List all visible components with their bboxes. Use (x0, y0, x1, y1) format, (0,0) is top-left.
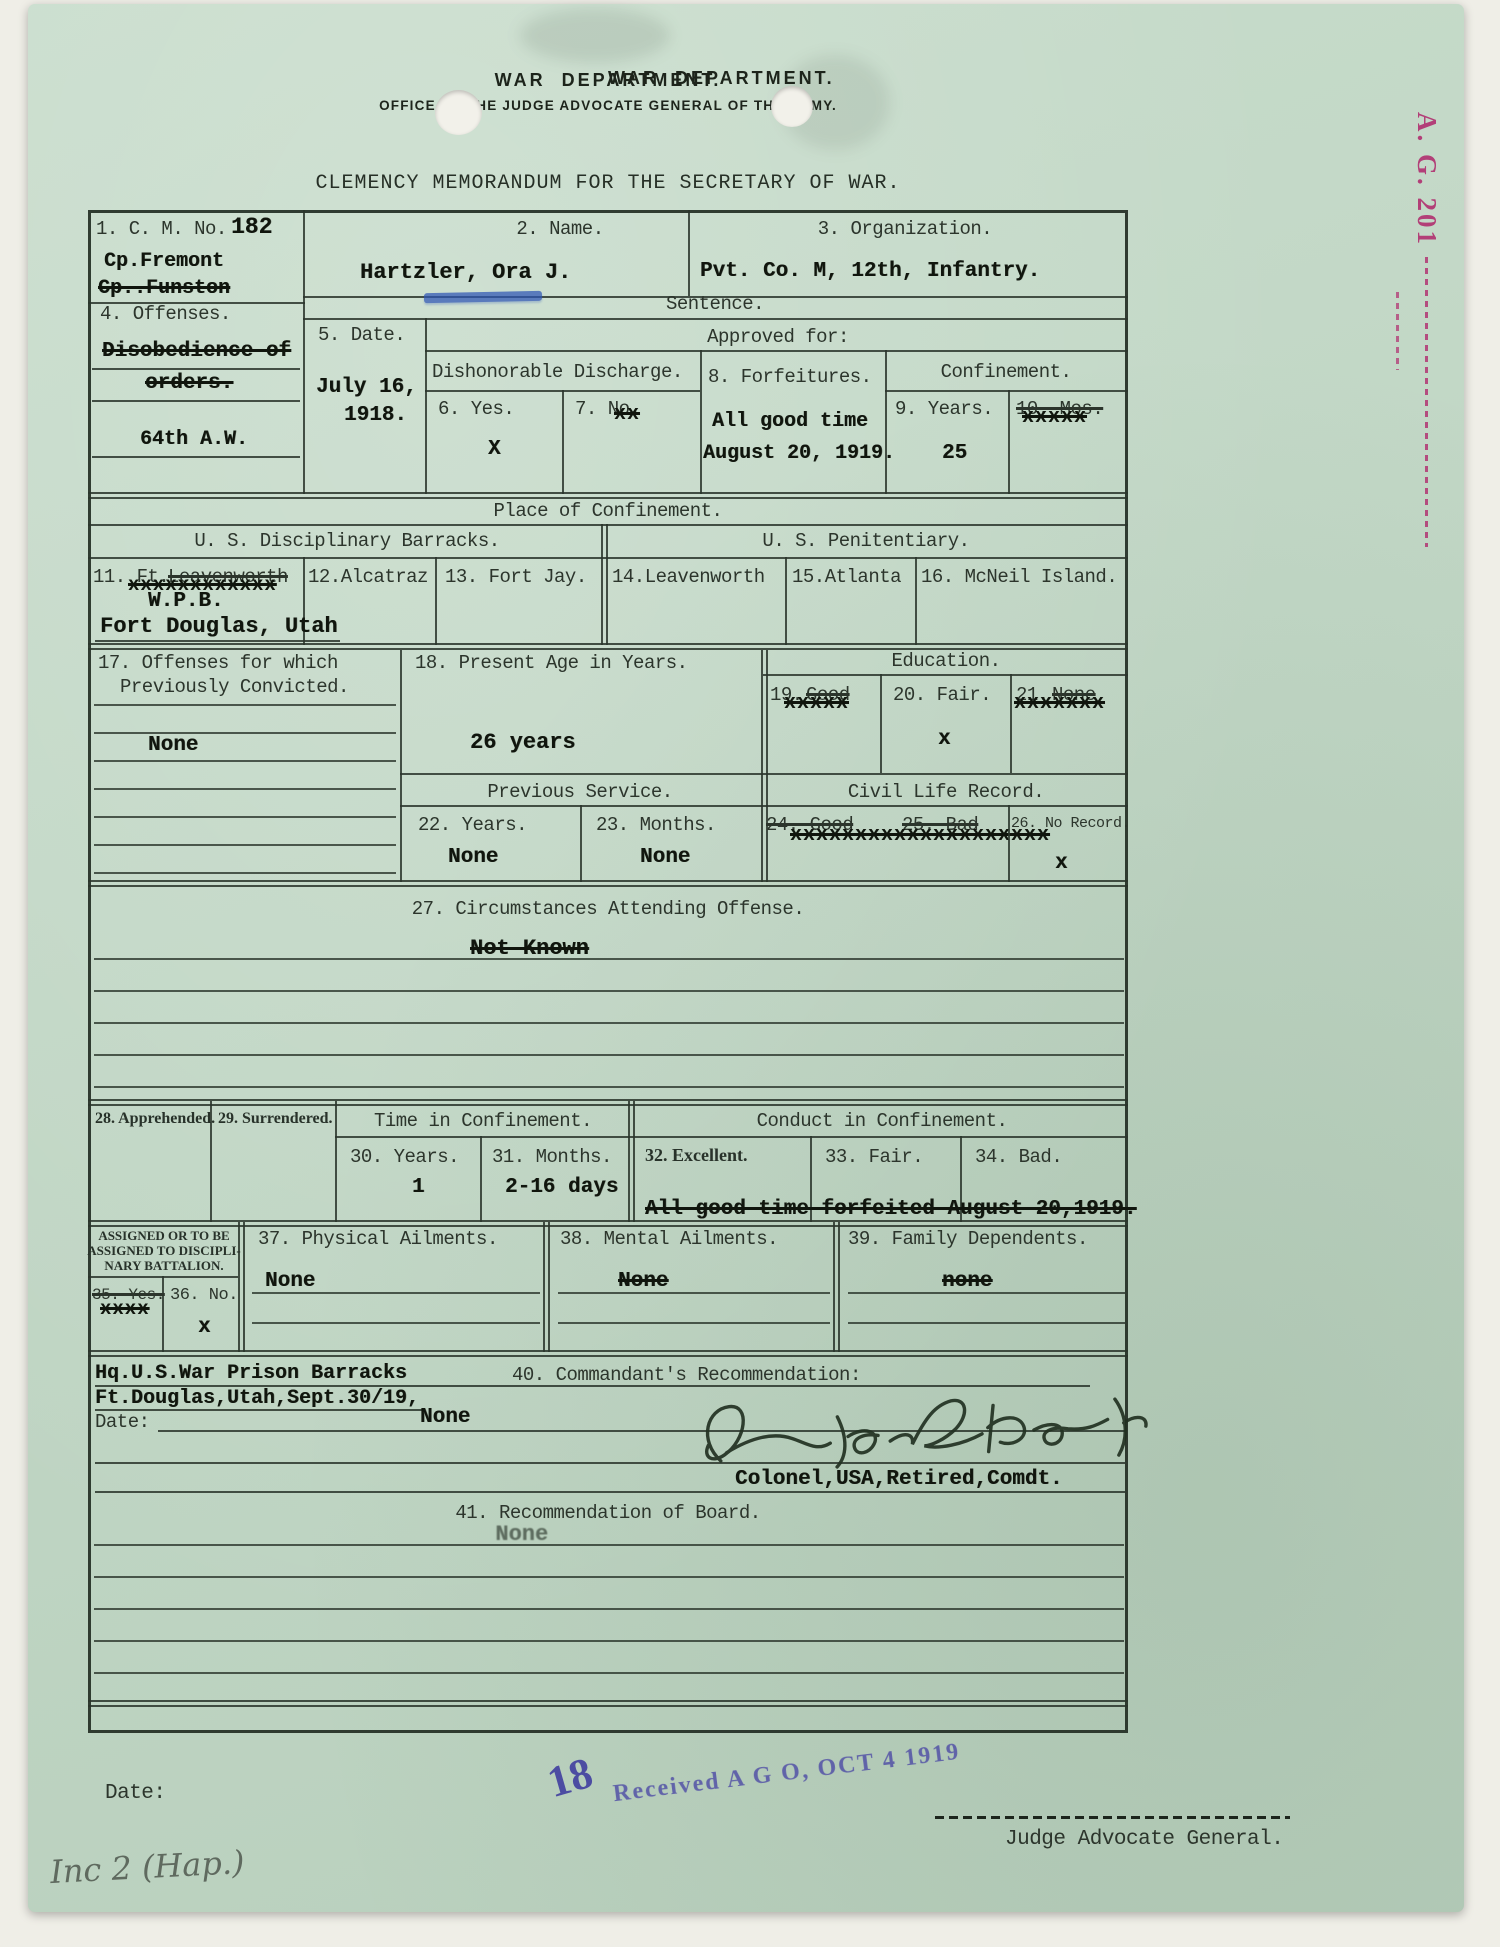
signature-dashed-line (935, 1816, 1290, 1819)
red-dash-mark (1396, 292, 1399, 370)
forfeit-note: All good time forfeited August 20,1919. (645, 1198, 1136, 1221)
dishonorable-discharge-label: Dishonorable Discharge. (432, 361, 683, 383)
punch-hole (771, 86, 813, 127)
red-dashed-line (1426, 257, 1429, 547)
previous-service-header: Previous Service. (487, 781, 672, 803)
organization-value: Pvt. Co. M, 12th, Infantry. (700, 260, 1040, 283)
war-department-header: WAR DEPARTMENT. (495, 70, 722, 91)
date-label: 5. Date. (318, 324, 405, 346)
prev-convicted-label-2: Previously Convicted. (120, 676, 349, 698)
yes-label: 6. Yes. (438, 398, 514, 420)
offenses-line2: orders. (145, 372, 233, 395)
board-recommendation-label: 41. Recommendation of Board. (455, 1502, 760, 1524)
civil-life-header: Civil Life Record. (848, 781, 1044, 803)
smudge (520, 8, 670, 63)
forfeitures-label: 8. Forfeitures. (708, 366, 872, 388)
camp-line-struck: Cp..Funston (98, 277, 230, 300)
family-dependents-value: none (942, 1270, 992, 1293)
penitentiary-header: U. S. Penitentiary. (762, 530, 969, 552)
place-title: Place of Confinement. (494, 500, 723, 522)
assigned-line-3: NARY BATTALION. (104, 1258, 223, 1274)
mental-ailments-label: 38. Mental Ailments. (560, 1228, 778, 1250)
name-value: Hartzler, Ora J. (360, 260, 571, 285)
file-number-text: A. G. 201 (1412, 112, 1443, 247)
assigned-no-value: x (198, 1316, 211, 1339)
edu-none-x-overlay: xxxxxxx (1014, 692, 1105, 715)
assigned-line-1: ASSIGNED OR TO BE (98, 1228, 229, 1244)
edu-good-x-overlay: xxxxx (784, 692, 849, 715)
commandant-value: None (420, 1406, 470, 1429)
offenses-line1: Disobedience of (102, 340, 291, 363)
years-value: 25 (942, 442, 967, 465)
conf-years-value: 1 (412, 1176, 425, 1199)
memo-title: CLEMENCY MEMORANDUM FOR THE SECRETARY OF… (315, 172, 900, 195)
conduct-fair-label: 33. Fair. (825, 1146, 923, 1168)
cm-no-label: 1. C. M. No. (96, 218, 227, 240)
present-age-label: 18. Present Age in Years. (415, 652, 688, 674)
mental-ailments-value: None (618, 1270, 668, 1293)
education-header: Education. (891, 650, 1000, 672)
no-record-label: 26. No Record. (1011, 815, 1130, 832)
organization-label: 3. Organization. (818, 218, 992, 240)
yes-value: X (488, 438, 501, 461)
approved-for-label: Approved for: (707, 326, 849, 348)
fort-douglas-value: Fort Douglas, Utah (100, 614, 338, 639)
assigned-yes-x: xxxx (100, 1298, 150, 1320)
commandant-date-label: Date: (95, 1411, 150, 1433)
service-years-value: None (448, 846, 498, 869)
time-in-confinement-header: Time in Confinement. (374, 1110, 592, 1132)
sentence-title: Sentence. (666, 293, 764, 315)
forfeitures-value-2: August 20, 1919. (703, 442, 895, 465)
surrendered-label: 29. Surrendered. (218, 1110, 333, 1128)
signature-title: Colonel,USA,Retired,Comdt. (735, 1468, 1063, 1491)
no-x-overlay: xx (614, 403, 640, 426)
cell12-alcatraz: 12.Alcatraz (308, 566, 428, 588)
wpb-value: W.P.B. (148, 590, 224, 613)
service-years-label: 22. Years. (418, 814, 527, 836)
years-label: 9. Years. (895, 398, 993, 420)
present-age-value: 26 years (470, 730, 576, 755)
cell14-leavenworth: 14.Leavenworth (612, 566, 765, 588)
forfeitures-value-1: All good time (712, 410, 868, 433)
conduct-bad-label: 34. Bad. (975, 1146, 1062, 1168)
offenses-line3: 64th A.W. (140, 428, 248, 451)
offenses-label: 4. Offenses. (100, 303, 231, 325)
assigned-no-label: 36. No. (170, 1286, 238, 1305)
conduct-header: Conduct in Confinement. (757, 1110, 1008, 1132)
cm-no-value: 182 (231, 214, 272, 240)
months-x-overlay: xxxxx (1022, 406, 1087, 429)
punch-hole (435, 90, 482, 135)
hq-line-2: Ft.Douglas,Utah,Sept.30/19, (95, 1387, 419, 1410)
cell15-atlanta: 15.Atlanta (792, 566, 901, 588)
date-value-2: 1918. (344, 404, 407, 427)
scanned-document: WAR DEPARTMENT. WAR DEPARTMENT. OFFICE O… (0, 0, 1500, 1947)
family-dependents-label: 39. Family Dependents. (848, 1228, 1088, 1250)
prev-convicted-label-1: 17. Offenses for which (98, 652, 338, 674)
service-months-label: 23. Months. (596, 814, 716, 836)
camp-line: Cp.Fremont (104, 250, 224, 273)
file-number-stamp: A. G. 201 (1407, 112, 1447, 572)
footer-date-label: Date: (105, 1782, 166, 1805)
conf-years-label: 30. Years. (350, 1146, 459, 1168)
conf-months-value: 2-16 days (505, 1176, 618, 1199)
confinement-label: Confinement. (941, 361, 1072, 383)
prev-convicted-value: None (148, 734, 198, 757)
judge-advocate-label: Judge Advocate General. (1005, 1828, 1283, 1851)
edu-fair-label: 20. Fair. (893, 684, 991, 706)
physical-ailments-label: 37. Physical Ailments. (258, 1228, 498, 1250)
assigned-line-2: ASSIGNED TO DISCIPLI- (87, 1243, 240, 1259)
name-label: 2. Name. (516, 218, 603, 240)
conf-months-label: 31. Months. (492, 1146, 612, 1168)
hq-line-1: Hq.U.S.War Prison Barracks (95, 1362, 407, 1385)
date-value-1: July 16, (316, 376, 417, 399)
circumstances-label: 27. Circumstances Attending Offense. (412, 898, 804, 920)
cell16-mcneil: 16. McNeil Island. (921, 566, 1117, 588)
physical-ailments-value: None (265, 1270, 315, 1293)
no-record-value: x (1055, 852, 1068, 875)
conduct-excellent-label: 32. Excellent. (645, 1145, 747, 1166)
disciplinary-barracks-header: U. S. Disciplinary Barracks. (194, 530, 499, 552)
commandant-recommendation-label: 40. Commandant's Recommendation: (512, 1364, 861, 1386)
cell13-fort-jay: 13. Fort Jay. (445, 566, 587, 588)
apprehended-label: 28. Apprehended. (95, 1110, 215, 1128)
service-months-value: None (640, 846, 690, 869)
edu-fair-value: x (938, 728, 951, 751)
